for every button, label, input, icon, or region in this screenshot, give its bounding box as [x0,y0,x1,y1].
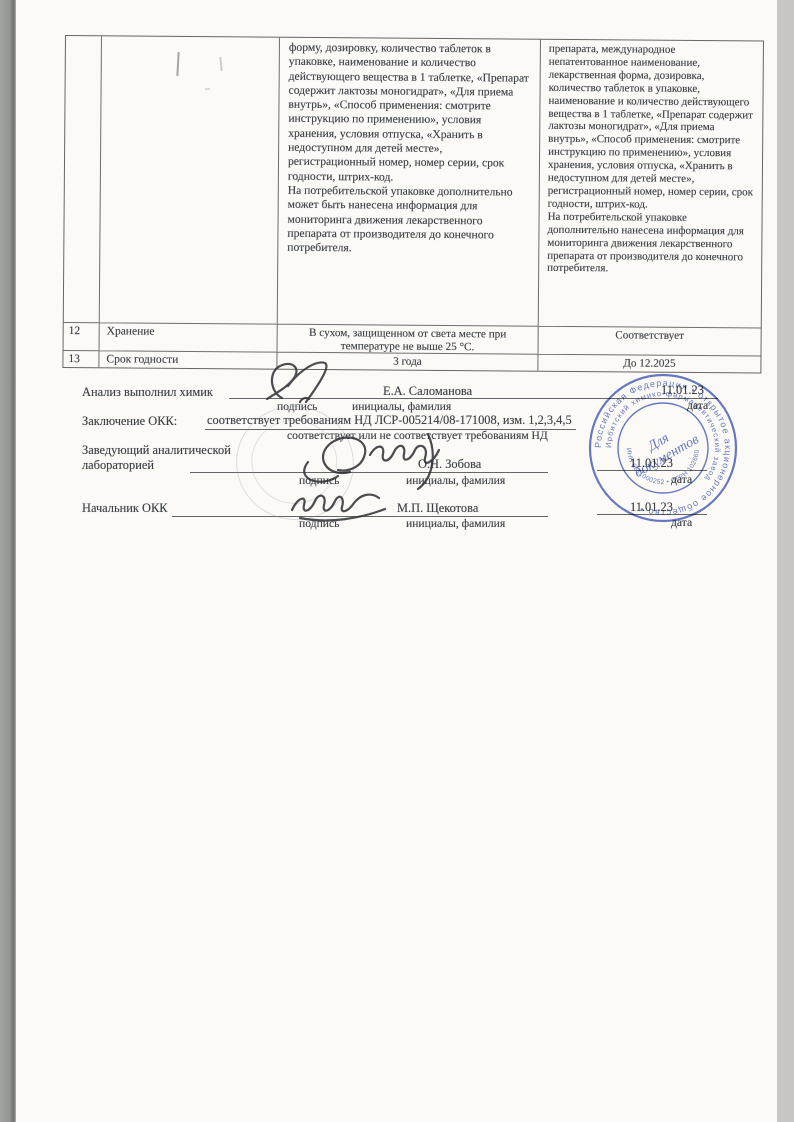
company-round-stamp: Российская Федерация • открытое акционер… [584,369,742,527]
scanned-document-page: форму, дозировку, количество таблеток в … [0,0,794,1122]
conclusion-label: Заключение ОКК: [82,414,177,429]
table-cell-requirement-continuation: форму, дозировку, количество таблеток в … [277,38,540,326]
result-paragraph-1: препарата, международное непатентованное… [548,43,755,212]
handwritten-signatures [230,358,560,533]
table-cell-result-continuation: препарата, международное непатентованное… [538,40,763,328]
lab-head-label-line1: Заведующий аналитической [82,443,231,458]
row-12-result: Соответствует [538,326,761,356]
row-12-requirement: В сухом, защищенном от света месте при т… [277,324,538,354]
lab-head-signature-ink [304,434,439,489]
row-13-number: 13 [63,350,98,367]
row-12-name: Хранение [99,322,277,351]
lab-head-label-line2: лабораторией [82,458,154,473]
analyst-signature-ink [267,362,326,402]
result-paragraph-2: На потребительской упаковке дополнительн… [547,211,754,277]
scan-right-shadow [777,0,794,1122]
row-12-number: 12 [64,322,99,350]
qc-head-label: Начальник ОКК [82,501,167,516]
analyst-label: Анализ выполнил химик [82,385,213,400]
qc-head-signature-ink [292,495,385,521]
analysis-results-table: форму, дозировку, количество таблеток в … [62,35,764,373]
table-cell-empty [64,36,101,322]
requirement-paragraph-1: форму, дозировку, количество таблеток в … [288,41,530,186]
requirement-paragraph-2: На потребительской упаковке дополнительн… [287,184,529,257]
table-cell-empty [99,36,279,323]
scan-left-shadow [0,0,16,1122]
